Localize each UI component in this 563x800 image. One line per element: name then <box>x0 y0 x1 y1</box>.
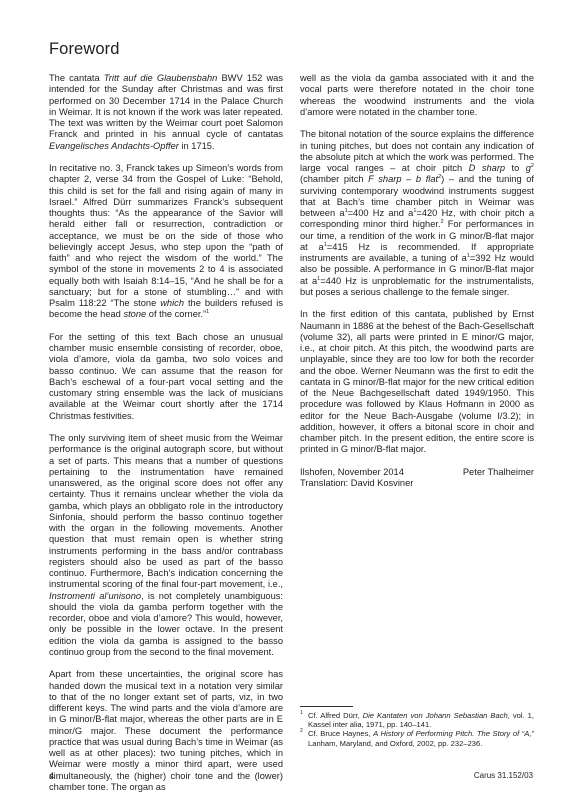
footnote-ref-1[interactable]: 1 <box>206 309 209 315</box>
text: Cf. Alfred Dürr, <box>308 711 363 720</box>
emphasis: stone <box>123 309 146 319</box>
text: The only surviving item of sheet music f… <box>49 433 283 589</box>
footnote-text: Cf. Bruce Haynes, A History of Performin… <box>308 729 534 747</box>
paragraph: well as the viola da gamba associated wi… <box>300 73 534 118</box>
footnote-divider <box>300 706 353 707</box>
book-title: Die Kantaten von Johann Sebastian Bach <box>363 711 508 720</box>
document-page: Foreword The cantata Tritt auf die Glaub… <box>0 0 563 800</box>
text: =440 Hz is unproblematic for the instrum… <box>300 276 534 297</box>
paragraph: For the setting of this text Bach chose … <box>49 332 283 422</box>
emphasis: which <box>160 298 184 308</box>
right-column: well as the viola da gamba associated wi… <box>300 73 534 489</box>
paragraph: The only surviving item of sheet music f… <box>49 433 283 658</box>
text: of the corner.” <box>146 309 206 319</box>
page-title: Foreword <box>49 40 120 59</box>
translator-credit: Translation: David Kosviner <box>300 478 534 489</box>
paragraph: The cantata Tritt auf die Glaubensbahn B… <box>49 73 283 152</box>
text: (chamber pitch <box>300 174 368 184</box>
text: to <box>505 163 526 173</box>
emphasis: D sharp <box>469 163 505 173</box>
paragraph: The bitonal notation of the source expla… <box>300 129 534 298</box>
book-title: A History of Performing Pitch. The Story… <box>373 729 534 738</box>
page-number: 4 <box>49 771 54 781</box>
text: =400 Hz and a <box>348 208 414 218</box>
author-name: Peter Thalheimer <box>463 467 534 478</box>
emphasis: Instromenti al’unisono <box>49 591 141 601</box>
text: Cf. Bruce Haynes, <box>308 729 373 738</box>
footnote-2: 2 Cf. Bruce Haynes, A History of Perform… <box>300 729 534 747</box>
footnote-number: 1 <box>300 709 308 727</box>
catalog-number: Carus 31.152/03 <box>474 771 533 780</box>
paragraph: In recitative no. 3, Franck takes up Sim… <box>49 163 283 321</box>
footnote-number: 2 <box>300 727 308 745</box>
paragraph: Apart from these uncertainties, the orig… <box>49 669 283 793</box>
work-title: Tritt auf die Glaubensbahn <box>104 73 218 83</box>
text: Lanham, Maryland, and Oxford, 2002, pp. … <box>308 739 482 748</box>
footnote-1: 1 Cf. Alfred Dürr, Die Kantaten von Joha… <box>300 711 534 729</box>
signature-line: Ilshofen, November 2014 Peter Thalheimer <box>300 467 534 478</box>
place-date: Ilshofen, November 2014 <box>300 467 404 478</box>
emphasis: F sharp – b flat <box>368 174 438 184</box>
footnotes: 1 Cf. Alfred Dürr, Die Kantaten von Joha… <box>300 706 534 748</box>
footnote-text: Cf. Alfred Dürr, Die Kantaten von Johann… <box>308 711 534 729</box>
superscript: 2 <box>531 163 534 169</box>
text: In recitative no. 3, Franck takes up Sim… <box>49 163 283 308</box>
left-column: The cantata Tritt auf die Glaubensbahn B… <box>49 73 283 800</box>
paragraph: In the first edition of this cantata, pu… <box>300 309 534 455</box>
text: in 1715. <box>179 141 215 151</box>
text: The cantata <box>49 73 104 83</box>
publication-title: Evangelisches Andachts-Opffer <box>49 141 179 151</box>
